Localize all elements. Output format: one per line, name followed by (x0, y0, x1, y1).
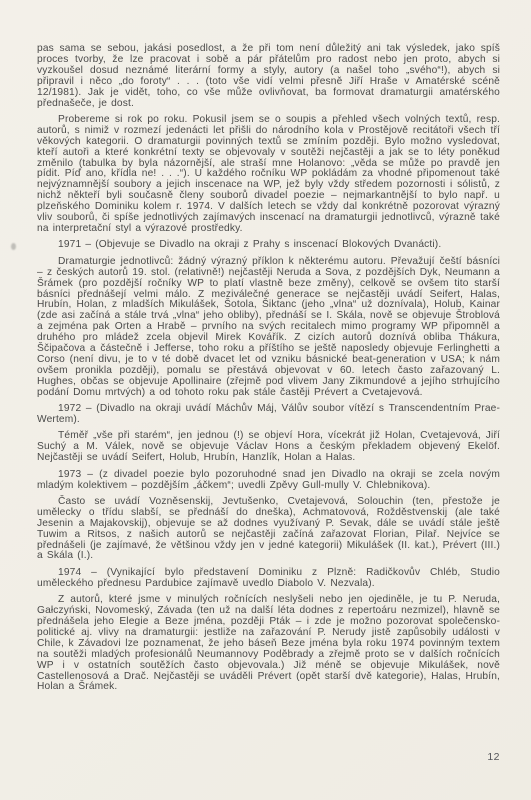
text-column: pas sama se sebou, jakási posedlost, a ž… (37, 44, 500, 699)
year-1971-entry: 1971 – (Objevuje se Divadlo na okraji z … (37, 240, 500, 251)
continuation-paragraph: pas sama se sebou, jakási posedlost, a ž… (37, 44, 500, 109)
year-1971-body-paragraph: Dramaturgie jednotlivců: žádný výrazný p… (37, 257, 500, 399)
document-page: pas sama se sebou, jakási posedlost, a ž… (0, 0, 531, 800)
page-number: 12 (487, 751, 500, 763)
year-1973-entry: 1973 – (z divadel poezie bylo pozoruhodn… (37, 470, 500, 492)
year-1972-entry: 1972 – (Divadlo na okraji uvádí Máchův M… (37, 404, 500, 426)
year-1973-body-paragraph: Často se uvádí Vozněsenskij, Jevtušenko,… (37, 497, 500, 562)
intro-paragraph: Probereme si rok po roku. Pokusil jsem s… (37, 115, 500, 235)
year-1974-body-paragraph: Z autorů, které jsme v minulých ročnícíc… (37, 595, 500, 693)
print-smudge-artifact (11, 243, 16, 250)
year-1972-body-paragraph: Téměř „vše při starém“, jen jednou (!) s… (37, 431, 500, 464)
year-1974-entry: 1974 – (Vynikající bylo představení Domi… (37, 568, 500, 590)
